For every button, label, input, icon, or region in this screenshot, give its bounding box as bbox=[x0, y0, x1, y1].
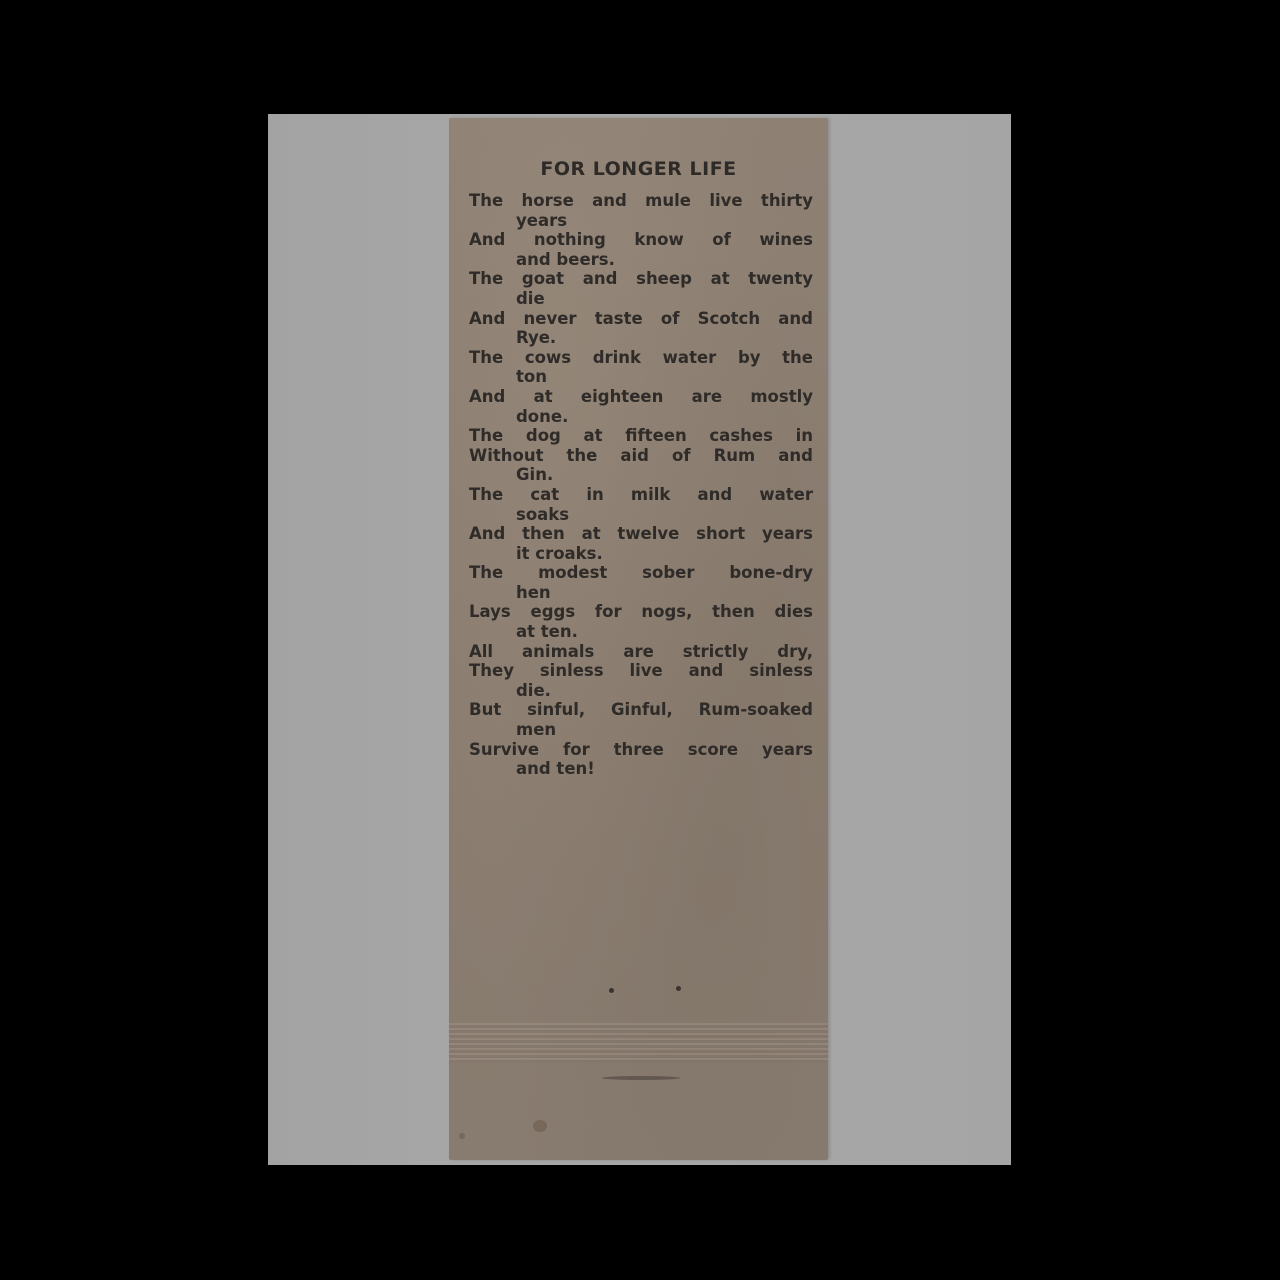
poem-line: Lays eggs for nogs, then dies bbox=[469, 602, 813, 622]
matchbook-cover: FOR LONGER LIFE The horse and mule live … bbox=[449, 118, 828, 1160]
poem-line: And nothing know of wines bbox=[469, 230, 813, 250]
poem-title: FOR LONGER LIFE bbox=[449, 158, 828, 180]
stain-mark bbox=[533, 1120, 547, 1132]
poem-line: at ten. bbox=[469, 622, 813, 642]
striker-fold bbox=[449, 1023, 828, 1063]
staple-hole bbox=[609, 988, 614, 993]
poem-line: years bbox=[469, 211, 813, 231]
poem-line: The modest sober bone-dry bbox=[469, 563, 813, 583]
poem-line: ton bbox=[469, 367, 813, 387]
poem-line: The dog at fifteen cashes in bbox=[469, 426, 813, 446]
staple-hole bbox=[676, 986, 681, 991]
poem-line: hen bbox=[469, 583, 813, 603]
poem-line: soaks bbox=[469, 505, 813, 525]
poem-line: They sinless live and sinless bbox=[469, 661, 813, 681]
poem-line: Survive for three score years bbox=[469, 740, 813, 760]
poem-line: Gin. bbox=[469, 465, 813, 485]
poem-line: Without the aid of Rum and bbox=[469, 446, 813, 466]
poem-line: The cat in milk and water bbox=[469, 485, 813, 505]
poem-line: die. bbox=[469, 681, 813, 701]
poem-line: Rye. bbox=[469, 328, 813, 348]
poem-line: All animals are strictly dry, bbox=[469, 642, 813, 662]
poem-line: The horse and mule live thirty bbox=[469, 191, 813, 211]
poem-line: and beers. bbox=[469, 250, 813, 270]
poem-line: The cows drink water by the bbox=[469, 348, 813, 368]
poem-line: and ten! bbox=[469, 759, 813, 779]
poem-line: done. bbox=[469, 407, 813, 427]
poem-text: The horse and mule live thirtyyearsAnd n… bbox=[469, 191, 813, 779]
stain-mark bbox=[459, 1133, 465, 1139]
cover-slit bbox=[602, 1076, 680, 1080]
poem-line: And then at twelve short years bbox=[469, 524, 813, 544]
poem-line: And never taste of Scotch and bbox=[469, 309, 813, 329]
poem-line: it croaks. bbox=[469, 544, 813, 564]
poem-line: men bbox=[469, 720, 813, 740]
poem-line: And at eighteen are mostly bbox=[469, 387, 813, 407]
poem-line: die bbox=[469, 289, 813, 309]
poem-line: The goat and sheep at twenty bbox=[469, 269, 813, 289]
poem-line: But sinful, Ginful, Rum-soaked bbox=[469, 700, 813, 720]
